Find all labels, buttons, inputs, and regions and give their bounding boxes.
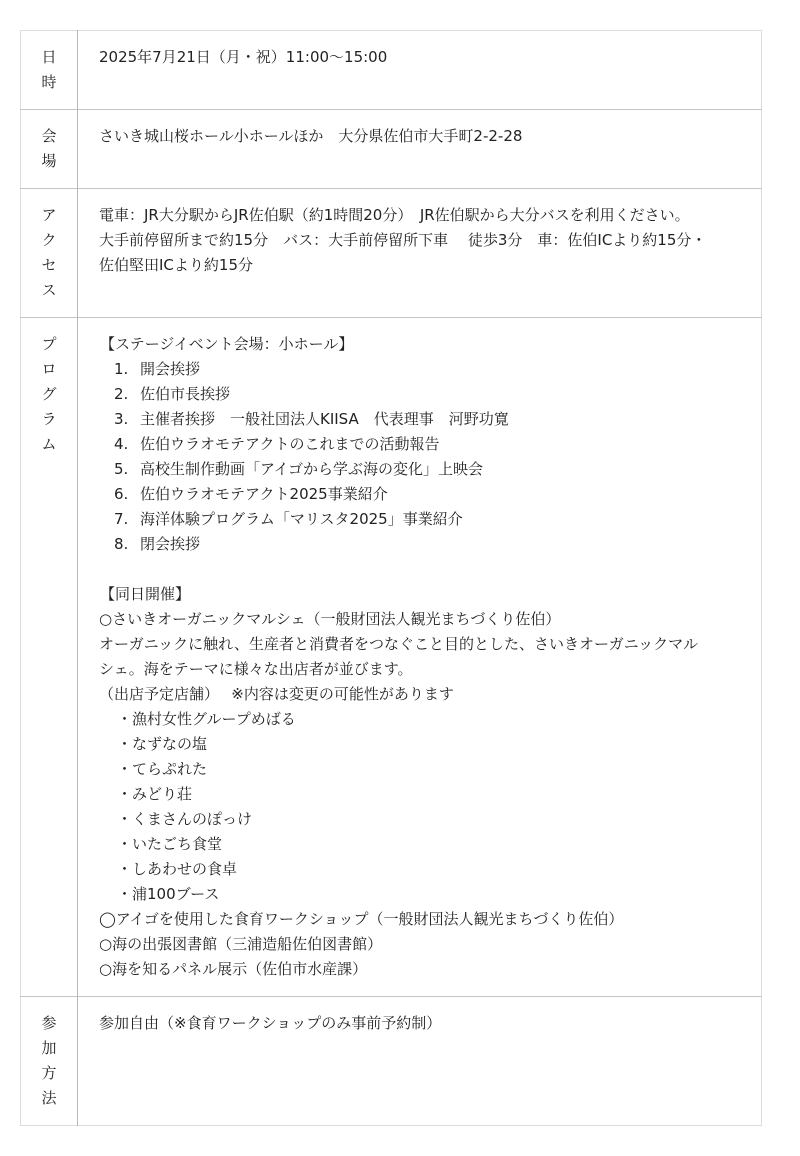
marche-title: ○さいきオーガニックマルシェ（一般財団法人観光まちづくり佐伯） bbox=[99, 607, 741, 632]
participation-text: 参加自由（※食育ワークショップのみ事前予約制） bbox=[99, 1011, 741, 1036]
label-program: プ ロ グ ラ ム bbox=[21, 318, 78, 997]
label-datetime: 日 時 bbox=[21, 31, 78, 110]
shop-item: ・浦100ブース bbox=[99, 882, 741, 907]
shop-item: ・くまさんのぽっけ bbox=[99, 807, 741, 832]
label-char: ム bbox=[21, 432, 77, 457]
row-access: ア ク セ ス 電車：JR大分駅からJR佐伯駅（約1時間20分） JR佐伯駅から… bbox=[21, 189, 762, 318]
row-program: プ ロ グ ラ ム 【ステージイベント会場：小ホール】 1.開会挨拶 2.佐伯市… bbox=[21, 318, 762, 997]
label-char: ラ bbox=[21, 407, 77, 432]
panel-exhibit-event: ○海を知るパネル展示（佐伯市水産課） bbox=[99, 957, 741, 982]
library-event: ○海の出張図書館（三浦造船佐伯図書館） bbox=[99, 932, 741, 957]
program-value: 【ステージイベント会場：小ホール】 1.開会挨拶 2.佐伯市長挨拶 3.主催者挨… bbox=[78, 318, 762, 997]
sameday-header: 【同日開催】 bbox=[100, 582, 741, 607]
shop-item: ・みどり荘 bbox=[99, 782, 741, 807]
label-participation: 参 加 方 法 bbox=[21, 997, 78, 1126]
access-line-train: 電車：JR大分駅からJR佐伯駅（約1時間20分） JR佐伯駅から大分バスを利用く… bbox=[99, 203, 741, 228]
program-item: 1.開会挨拶 bbox=[99, 357, 741, 382]
label-char: セ bbox=[21, 253, 77, 278]
label-char: 日 bbox=[21, 45, 77, 70]
item-text: 開会挨拶 bbox=[140, 360, 200, 378]
spacer bbox=[99, 557, 741, 582]
item-number: 6. bbox=[114, 482, 140, 507]
label-char: 加 bbox=[21, 1036, 77, 1061]
program-item: 6.佐伯ウラオモテアクト2025事業紹介 bbox=[99, 482, 741, 507]
workshop-event: ◯アイゴを使用した食育ワークショップ（一般財団法人観光まちづくり佐伯） bbox=[99, 907, 741, 932]
label-char: ク bbox=[21, 228, 77, 253]
marche-description-1: オーガニックに触れ、生産者と消費者をつなぐこと目的とした、さいきオーガニックマル bbox=[99, 632, 741, 657]
item-text: 佐伯ウラオモテアクトのこれまでの活動報告 bbox=[140, 435, 440, 453]
program-item: 3.主催者挨拶 一般社団法人KIISA 代表理事 河野功寛 bbox=[99, 407, 741, 432]
program-item: 8.閉会挨拶 bbox=[99, 532, 741, 557]
row-participation: 参 加 方 法 参加自由（※食育ワークショップのみ事前予約制） bbox=[21, 997, 762, 1126]
label-char: プ bbox=[21, 332, 77, 357]
shop-item: ・いたごち食堂 bbox=[99, 832, 741, 857]
event-info-table: 日 時 2025年7月21日（月・祝）11:00〜15:00 会 場 さいき城山… bbox=[20, 30, 762, 1126]
item-number: 4. bbox=[114, 432, 140, 457]
stage-event-header: 【ステージイベント会場：小ホール】 bbox=[100, 332, 741, 357]
access-value: 電車：JR大分駅からJR佐伯駅（約1時間20分） JR佐伯駅から大分バスを利用く… bbox=[78, 189, 762, 318]
program-list: 1.開会挨拶 2.佐伯市長挨拶 3.主催者挨拶 一般社団法人KIISA 代表理事… bbox=[99, 357, 741, 557]
access-line-car: 佐伯堅田ICより約15分 bbox=[99, 253, 741, 278]
program-item: 5.高校生制作動画「アイゴから学ぶ海の変化」上映会 bbox=[99, 457, 741, 482]
shop-list: ・漁村女性グループめばる ・なずなの塩 ・てらぷれた ・みどり荘 ・くまさんのぽ… bbox=[99, 707, 741, 907]
item-number: 1. bbox=[114, 357, 140, 382]
label-char: ス bbox=[21, 278, 77, 303]
label-access: ア ク セ ス bbox=[21, 189, 78, 318]
shop-item: ・漁村女性グループめばる bbox=[99, 707, 741, 732]
label-char: 会 bbox=[21, 124, 77, 149]
venue-text: さいき城山桜ホール小ホールほか 大分県佐伯市大手町2-2-28 bbox=[99, 124, 741, 149]
label-char: 時 bbox=[21, 70, 77, 95]
label-char: 法 bbox=[21, 1086, 77, 1111]
label-char: ア bbox=[21, 203, 77, 228]
datetime-text: 2025年7月21日（月・祝）11:00〜15:00 bbox=[99, 45, 741, 70]
item-number: 3. bbox=[114, 407, 140, 432]
label-char: グ bbox=[21, 382, 77, 407]
shops-header: （出店予定店舗） ※内容は変更の可能性があります bbox=[99, 682, 741, 707]
label-char: ロ bbox=[21, 357, 77, 382]
row-datetime: 日 時 2025年7月21日（月・祝）11:00〜15:00 bbox=[21, 31, 762, 110]
item-text: 高校生制作動画「アイゴから学ぶ海の変化」上映会 bbox=[140, 460, 483, 478]
item-text: 佐伯市長挨拶 bbox=[140, 385, 230, 403]
label-char: 参 bbox=[21, 1011, 77, 1036]
item-text: 佐伯ウラオモテアクト2025事業紹介 bbox=[140, 485, 388, 503]
item-number: 7. bbox=[114, 507, 140, 532]
datetime-value: 2025年7月21日（月・祝）11:00〜15:00 bbox=[78, 31, 762, 110]
program-item: 7.海洋体験プログラム「マリスタ2025」事業紹介 bbox=[99, 507, 741, 532]
row-venue: 会 場 さいき城山桜ホール小ホールほか 大分県佐伯市大手町2-2-28 bbox=[21, 110, 762, 189]
item-text: 海洋体験プログラム「マリスタ2025」事業紹介 bbox=[140, 510, 463, 528]
shop-item: ・しあわせの食卓 bbox=[99, 857, 741, 882]
access-line-bus: 大手前停留所まで約15分 バス：大手前停留所下車 徒歩3分 車：佐伯ICより約1… bbox=[99, 228, 741, 253]
shop-item: ・てらぷれた bbox=[99, 757, 741, 782]
label-char: 方 bbox=[21, 1061, 77, 1086]
item-number: 5. bbox=[114, 457, 140, 482]
item-text: 閉会挨拶 bbox=[140, 535, 200, 553]
venue-value: さいき城山桜ホール小ホールほか 大分県佐伯市大手町2-2-28 bbox=[78, 110, 762, 189]
item-number: 8. bbox=[114, 532, 140, 557]
program-item: 2.佐伯市長挨拶 bbox=[99, 382, 741, 407]
label-venue: 会 場 bbox=[21, 110, 78, 189]
marche-description-2: シェ。海をテーマに様々な出店者が並びます。 bbox=[99, 657, 741, 682]
item-number: 2. bbox=[114, 382, 140, 407]
program-item: 4.佐伯ウラオモテアクトのこれまでの活動報告 bbox=[99, 432, 741, 457]
shop-item: ・なずなの塩 bbox=[99, 732, 741, 757]
item-text: 主催者挨拶 一般社団法人KIISA 代表理事 河野功寛 bbox=[140, 410, 509, 428]
label-char: 場 bbox=[21, 149, 77, 174]
participation-value: 参加自由（※食育ワークショップのみ事前予約制） bbox=[78, 997, 762, 1126]
